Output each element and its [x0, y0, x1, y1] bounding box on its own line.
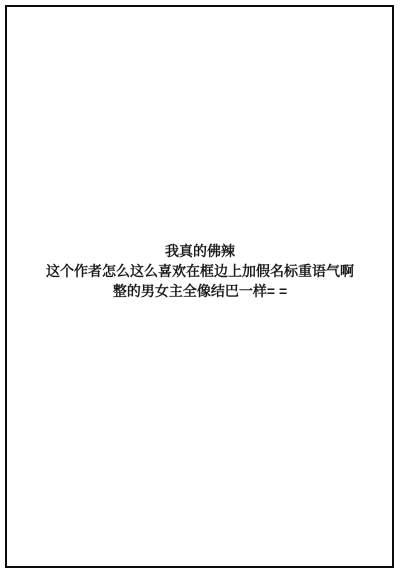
comment-page: 我真的佛辣 这个作者怎么这么喜欢在框边上加假名标重语气啊 整的男女主全像结巴一样…	[0, 0, 400, 574]
comment-line-3: 整的男女主全像结巴一样= =	[0, 281, 400, 301]
reader-comment-text: 我真的佛辣 这个作者怎么这么喜欢在框边上加假名标重语气啊 整的男女主全像结巴一样…	[0, 241, 400, 301]
comment-line-1: 我真的佛辣	[0, 241, 400, 261]
comment-line-2: 这个作者怎么这么喜欢在框边上加假名标重语气啊	[0, 261, 400, 281]
